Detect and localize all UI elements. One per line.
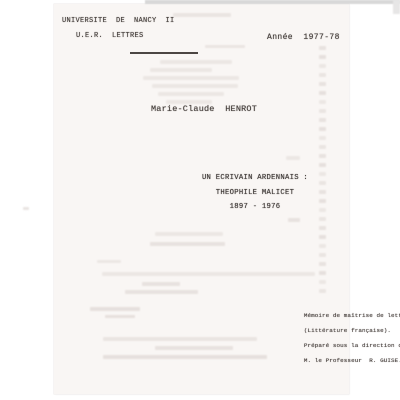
bleedthrough-mark (319, 280, 326, 284)
bleedthrough-mark (105, 315, 135, 318)
scanned-document-photo: UNIVERSITE DE NANCY II U.E.R. LETTRES An… (0, 0, 400, 400)
title-line-1: UN ECRIVAIN ARDENNAIS : (182, 174, 328, 182)
bleedthrough-mark (155, 232, 223, 236)
bleedthrough-mark (319, 109, 326, 113)
scanner-edge-shadow (145, 0, 400, 4)
bleedthrough-mark (150, 68, 212, 72)
university-name: UNIVERSITE DE NANCY II (62, 17, 175, 25)
bleedthrough-mark (319, 271, 326, 275)
bleedthrough-mark (319, 163, 326, 167)
bleedthrough-mark (173, 13, 231, 17)
bleedthrough-mark (319, 127, 326, 131)
bleedthrough-mark (319, 55, 326, 59)
bleedthrough-mark (158, 92, 224, 96)
bleedthrough-mark (319, 46, 326, 50)
bleedthrough-mark (142, 282, 180, 286)
bleedthrough-mark (23, 207, 29, 210)
bleedthrough-mark (143, 76, 239, 80)
academic-year: Année 1977-78 (267, 33, 340, 42)
bleedthrough-mark (319, 244, 326, 248)
bleedthrough-mark (319, 154, 326, 158)
bleedthrough-mark (152, 84, 238, 88)
bleedthrough-mark (103, 355, 267, 359)
bleedthrough-mark (319, 64, 326, 68)
bleedthrough-mark (205, 45, 245, 48)
note-line-2: (Littérature française). (304, 327, 391, 334)
note-line-4: M. le Professeur R. GUISE. (304, 357, 400, 364)
bleedthrough-mark (319, 226, 326, 230)
bleedthrough-mark (319, 73, 326, 77)
thesis-note-block: Mémoire de maîtrise de lettres (Littérat… (282, 304, 400, 372)
bleedthrough-mark (90, 307, 140, 311)
document-page: UNIVERSITE DE NANCY II U.E.R. LETTRES An… (54, 4, 349, 394)
bleedthrough-mark (150, 242, 225, 246)
bleedthrough-mark (319, 100, 326, 104)
header-underline (130, 52, 198, 54)
bleedthrough-mark (319, 145, 326, 149)
bleedthrough-mark (288, 218, 300, 222)
scanner-edge-corner (393, 0, 400, 14)
bleedthrough-mark (319, 118, 326, 122)
thesis-title-block: UN ECRIVAIN ARDENNAIS : THEOPHILE MALICE… (182, 174, 328, 218)
bleedthrough-mark (319, 91, 326, 95)
bleedthrough-mark (319, 82, 326, 86)
bleedthrough-mark (103, 337, 257, 341)
bleedthrough-mark (319, 217, 326, 221)
bleedthrough-mark (319, 262, 326, 266)
bleedthrough-mark (286, 156, 300, 160)
bleedthrough-mark (102, 272, 315, 276)
bleedthrough-mark (160, 60, 232, 64)
department-name: U.E.R. LETTRES (76, 32, 144, 40)
note-line-1: Mémoire de maîtrise de lettres (304, 312, 400, 319)
bleedthrough-mark (155, 346, 233, 350)
title-line-3: 1897 - 1976 (182, 203, 328, 211)
bleedthrough-mark (319, 289, 326, 293)
title-line-2: THEOPHILE MALICET (182, 189, 328, 197)
bleedthrough-mark (97, 260, 121, 263)
bleedthrough-mark (319, 235, 326, 239)
note-line-3: Préparé sous la direction de (304, 342, 400, 349)
bleedthrough-mark (125, 290, 198, 294)
author-name: Marie-Claude HENROT (151, 104, 257, 114)
bleedthrough-mark (319, 136, 326, 140)
bleedthrough-mark (319, 253, 326, 257)
